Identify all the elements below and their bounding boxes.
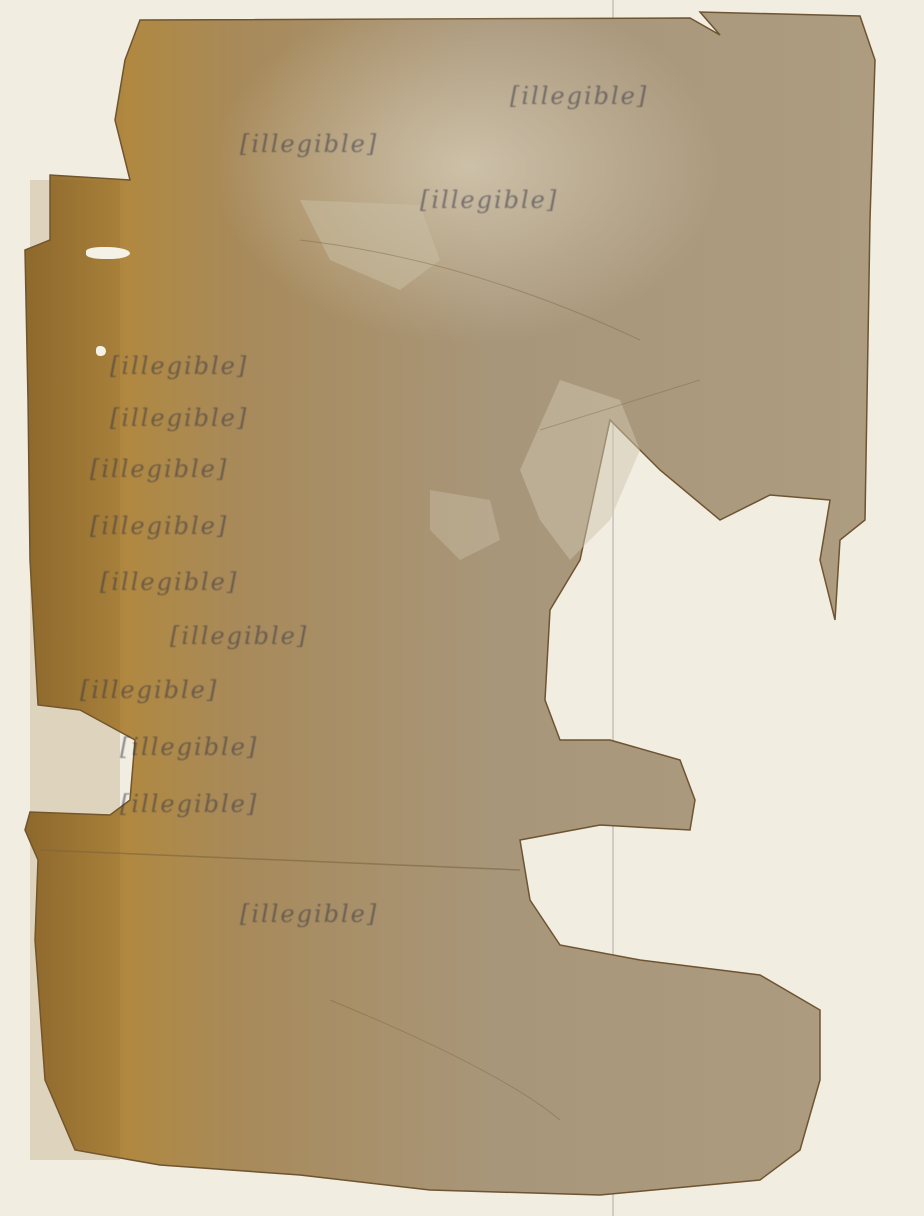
text-line: [illegible]	[100, 568, 238, 596]
text-line: [illegible]	[90, 455, 228, 483]
text-line: [illegible]	[110, 404, 248, 432]
text-line: [illegible]	[110, 352, 248, 380]
text-line: [illegible]	[240, 130, 378, 158]
text-line: [illegible]	[90, 512, 228, 540]
text-line: [illegible]	[170, 622, 308, 650]
text-line: [illegible]	[420, 186, 558, 214]
text-line: [illegible]	[120, 733, 258, 761]
text-line: [illegible]	[80, 676, 218, 704]
text-line: [illegible]	[120, 790, 258, 818]
text-line: [illegible]	[510, 82, 648, 110]
hole	[86, 247, 130, 259]
paper-shape	[0, 0, 924, 1216]
text-line: [illegible]	[240, 900, 378, 928]
hole	[96, 346, 106, 356]
letter-fragment: [illegible] [illegible] [illegible] [ill…	[0, 0, 924, 1216]
